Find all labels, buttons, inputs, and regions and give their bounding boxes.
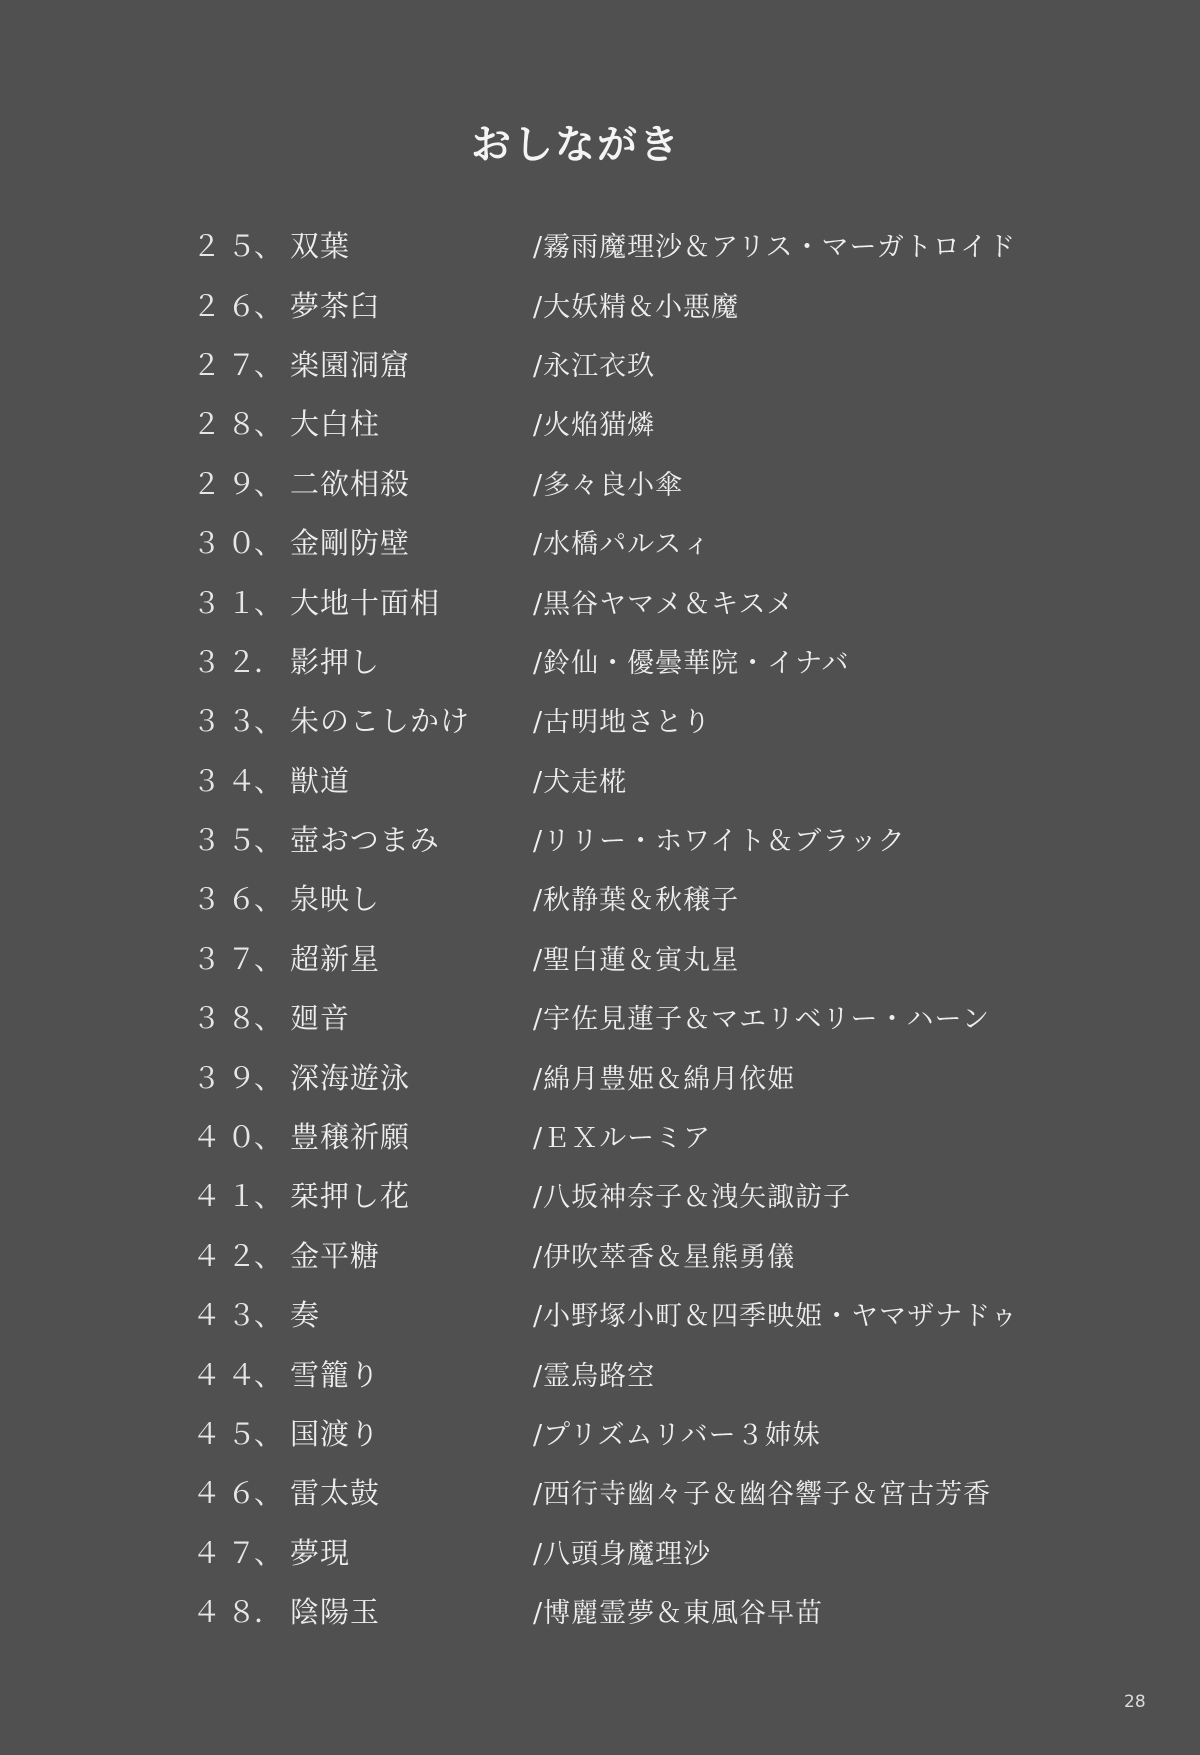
item-separator: ．: [254, 1590, 290, 1631]
item-character: /多々良小傘: [533, 463, 683, 502]
item-title: 影押し: [290, 640, 533, 681]
menu-item: ３２．影押し/鈴仙・優曇華院・イナバ: [192, 631, 1092, 690]
item-separator: 、: [254, 284, 290, 325]
item-title: 大地十面相: [290, 581, 533, 622]
menu-item: ３７、超新星/聖白蓮＆寅丸星: [192, 928, 1092, 987]
item-title: 夢現: [290, 1531, 533, 1572]
item-number: ４４: [192, 1353, 254, 1394]
item-title: 朱のこしかけ: [290, 699, 533, 740]
item-character: /宇佐見蓮子＆マエリベリー・ハーン: [533, 997, 990, 1036]
item-character: /犬走椛: [533, 760, 627, 799]
menu-item: ３３、朱のこしかけ/古明地さとり: [192, 690, 1092, 749]
item-number: ４５: [192, 1412, 254, 1453]
item-separator: 、: [254, 699, 290, 740]
menu-item: ２６、夢茶臼/大妖精＆小悪魔: [192, 274, 1092, 333]
item-separator: 、: [254, 1412, 290, 1453]
item-number: ３８: [192, 996, 254, 1037]
item-title: 廻音: [290, 996, 533, 1037]
item-number: ３２: [192, 640, 254, 681]
menu-item: ３８、廻音/宇佐見蓮子＆マエリベリー・ハーン: [192, 987, 1092, 1046]
item-separator: 、: [254, 937, 290, 978]
item-title: 獣道: [290, 759, 533, 800]
item-number: ４８: [192, 1590, 254, 1631]
item-title: 深海遊泳: [290, 1056, 533, 1097]
item-separator: ．: [254, 640, 290, 681]
item-number: ３９: [192, 1056, 254, 1097]
item-character: /八頭身魔理沙: [533, 1532, 711, 1571]
item-number: ４１: [192, 1174, 254, 1215]
item-number: ４２: [192, 1234, 254, 1275]
item-character: /八坂神奈子＆洩矢諏訪子: [533, 1175, 851, 1214]
item-character: /永江衣玖: [533, 344, 655, 383]
item-title: 楽園洞窟: [290, 343, 533, 384]
item-title: 夢茶臼: [290, 284, 533, 325]
menu-item: ２８、大白柱/火焔猫燐: [192, 393, 1092, 452]
menu-item: ３９、深海遊泳/綿月豊姫＆綿月依姫: [192, 1046, 1092, 1105]
item-title: 泉映し: [290, 877, 533, 918]
item-character: /大妖精＆小悪魔: [533, 285, 739, 324]
item-character: /黒谷ヤマメ＆キスメ: [533, 582, 795, 621]
item-character: /小野塚小町＆四季映姫・ヤマザナドゥ: [533, 1294, 1018, 1333]
menu-item: ３０、金剛防壁/水橋パルスィ: [192, 512, 1092, 571]
menu-item: ３１、大地十面相/黒谷ヤマメ＆キスメ: [192, 571, 1092, 630]
item-separator: 、: [254, 759, 290, 800]
item-separator: 、: [254, 1056, 290, 1097]
item-separator: 、: [254, 402, 290, 443]
item-number: ３０: [192, 521, 254, 562]
item-separator: 、: [254, 1115, 290, 1156]
item-character: /リリー・ホワイト＆ブラック: [533, 819, 906, 858]
item-character: /水橋パルスィ: [533, 522, 711, 561]
menu-item: ４４、雪籠り/霊烏路空: [192, 1343, 1092, 1402]
item-number: ３４: [192, 759, 254, 800]
item-separator: 、: [254, 996, 290, 1037]
item-separator: 、: [254, 1293, 290, 1334]
item-title: 雷太鼓: [290, 1471, 533, 1512]
item-separator: 、: [254, 1234, 290, 1275]
item-character: /聖白蓮＆寅丸星: [533, 938, 739, 977]
item-separator: 、: [254, 462, 290, 503]
menu-item: ４２、金平糖/伊吹萃香＆星熊勇儀: [192, 1225, 1092, 1284]
item-character: /火焔猫燐: [533, 403, 655, 442]
item-title: 雪籠り: [290, 1353, 533, 1394]
item-title: 豊穣祈願: [290, 1115, 533, 1156]
item-number: ４７: [192, 1531, 254, 1572]
item-number: ４６: [192, 1471, 254, 1512]
item-title: 金剛防壁: [290, 521, 533, 562]
item-character: /霧雨魔理沙＆アリス・マーガトロイド: [533, 225, 1016, 264]
menu-item: ４１、栞押し花/八坂神奈子＆洩矢諏訪子: [192, 1165, 1092, 1224]
item-number: ３７: [192, 937, 254, 978]
menu-item: ４０、豊穣祈願/ＥＸルーミア: [192, 1106, 1092, 1165]
item-title: 金平糖: [290, 1234, 533, 1275]
item-character: /西行寺幽々子＆幽谷響子＆宮古芳香: [533, 1472, 991, 1511]
item-separator: 、: [254, 343, 290, 384]
menu-item: ３５、壺おつまみ/リリー・ホワイト＆ブラック: [192, 809, 1092, 868]
item-title: 壺おつまみ: [290, 818, 533, 859]
item-number: ２８: [192, 402, 254, 443]
menu-item: ３４、獣道/犬走椛: [192, 750, 1092, 809]
item-number: ２５: [192, 224, 254, 265]
menu-item: ４８．陰陽玉/博麗霊夢＆東風谷早苗: [192, 1581, 1092, 1640]
item-character: /綿月豊姫＆綿月依姫: [533, 1057, 795, 1096]
menu-item: ２９、二欲相殺/多々良小傘: [192, 453, 1092, 512]
item-separator: 、: [254, 1531, 290, 1572]
item-title: 超新星: [290, 937, 533, 978]
item-separator: 、: [254, 1174, 290, 1215]
item-number: ２７: [192, 343, 254, 384]
item-number: ３３: [192, 699, 254, 740]
item-character: /古明地さとり: [533, 700, 711, 739]
menu-item: ２７、楽園洞窟/永江衣玖: [192, 334, 1092, 393]
item-separator: 、: [254, 581, 290, 622]
item-character: /ＥＸルーミア: [533, 1116, 711, 1155]
item-character: /伊吹萃香＆星熊勇儀: [533, 1235, 795, 1274]
menu-list: ２５、双葉/霧雨魔理沙＆アリス・マーガトロイド２６、夢茶臼/大妖精＆小悪魔２７、…: [192, 215, 1092, 1640]
item-number: ４３: [192, 1293, 254, 1334]
item-title: 国渡り: [290, 1412, 533, 1453]
item-separator: 、: [254, 818, 290, 859]
item-number: ２６: [192, 284, 254, 325]
item-separator: 、: [254, 1471, 290, 1512]
page-number: 28: [1124, 1692, 1146, 1712]
item-title: 栞押し花: [290, 1174, 533, 1215]
menu-item: ４３、奏/小野塚小町＆四季映姫・ヤマザナドゥ: [192, 1284, 1092, 1343]
item-title: 双葉: [290, 224, 533, 265]
item-title: 奏: [290, 1293, 533, 1334]
item-title: 二欲相殺: [290, 462, 533, 503]
menu-item: ２５、双葉/霧雨魔理沙＆アリス・マーガトロイド: [192, 215, 1092, 274]
item-character: /プリズムリバー３姉妹: [533, 1413, 821, 1452]
item-number: ２９: [192, 462, 254, 503]
item-number: ４０: [192, 1115, 254, 1156]
item-character: /鈴仙・優曇華院・イナバ: [533, 641, 849, 680]
item-number: ３１: [192, 581, 254, 622]
item-character: /霊烏路空: [533, 1354, 655, 1393]
item-separator: 、: [254, 877, 290, 918]
item-title: 陰陽玉: [290, 1590, 533, 1631]
page-title: おしながき: [0, 113, 1152, 170]
item-separator: 、: [254, 1353, 290, 1394]
item-separator: 、: [254, 521, 290, 562]
menu-item: ４６、雷太鼓/西行寺幽々子＆幽谷響子＆宮古芳香: [192, 1462, 1092, 1521]
menu-item: ３６、泉映し/秋静葉＆秋穣子: [192, 868, 1092, 927]
item-number: ３６: [192, 877, 254, 918]
item-character: /博麗霊夢＆東風谷早苗: [533, 1591, 823, 1630]
item-separator: 、: [254, 224, 290, 265]
item-number: ３５: [192, 818, 254, 859]
menu-item: ４５、国渡り/プリズムリバー３姉妹: [192, 1403, 1092, 1462]
menu-item: ４７、夢現/八頭身魔理沙: [192, 1522, 1092, 1581]
item-title: 大白柱: [290, 402, 533, 443]
item-character: /秋静葉＆秋穣子: [533, 878, 739, 917]
